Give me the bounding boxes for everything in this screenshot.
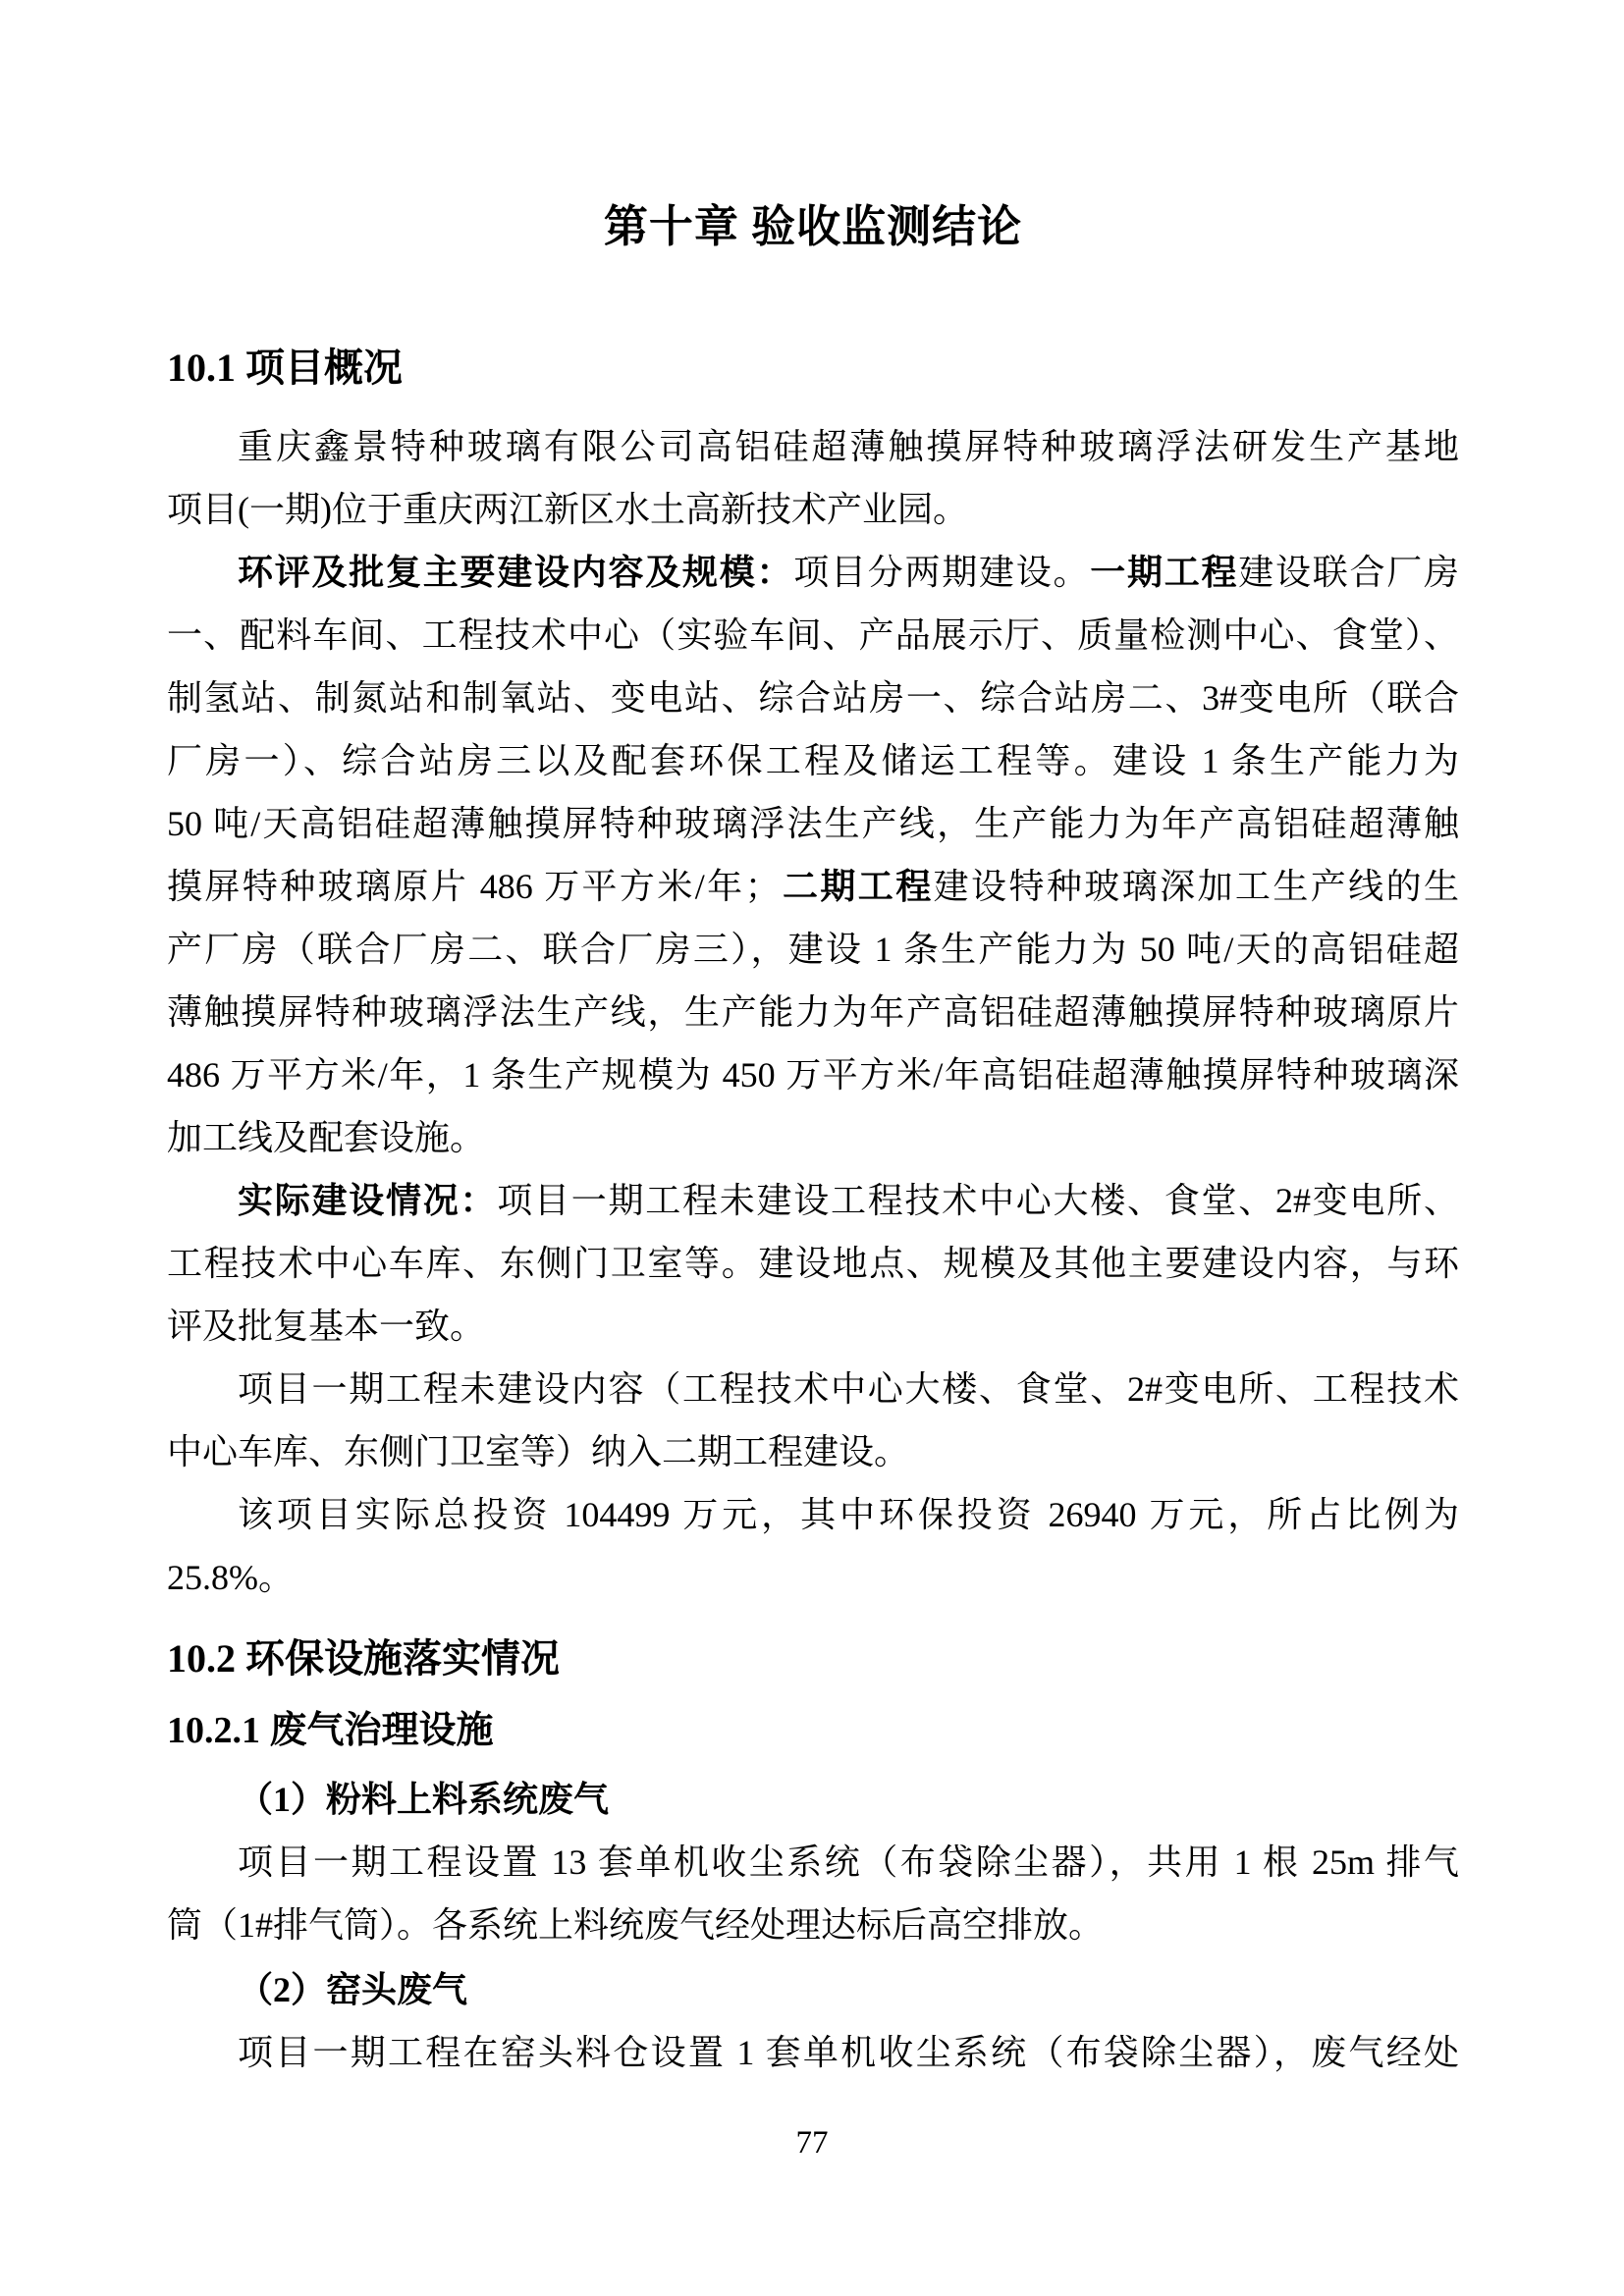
text-line: 该项目实际总投资 104499 万元，其中环保投资 26940 万元，所占比例为 <box>167 1483 1459 1546</box>
text-line: 摸屏特种玻璃原片 486 万平方米/年；二期工程建设特种玻璃深加工生产线的生 <box>167 855 1459 918</box>
bold-text: 一期工程 <box>1090 553 1238 592</box>
paragraph: 该项目实际总投资 104499 万元，其中环保投资 26940 万元，所占比例为… <box>167 1483 1459 1609</box>
chapter-title: 第十章 验收监测结论 <box>167 201 1459 252</box>
paragraph: 项目一期工程在窑头料仓设置 1 套单机收尘系统（布袋除尘器），废气经处 <box>167 2021 1459 2084</box>
text-line: 50 吨/天高铝硅超薄触摸屏特种玻璃浮法生产线，生产能力为年产高铝硅超薄触 <box>167 792 1459 855</box>
text-line: 重庆鑫景特种玻璃有限公司高铝硅超薄触摸屏特种玻璃浮法研发生产基地 <box>167 415 1459 478</box>
text-line: 产厂房（联合厂房二、联合厂房三），建设 1 条生产能力为 50 吨/天的高铝硅超 <box>167 918 1459 981</box>
section-heading: 10.2 环保设施落实情况 <box>167 1633 1459 1684</box>
paragraph: 重庆鑫景特种玻璃有限公司高铝硅超薄触摸屏特种玻璃浮法研发生产基地项目(一期)位于… <box>167 415 1459 541</box>
section-heading: 10.1 项目概况 <box>167 343 1459 394</box>
paragraph: 环评及批复主要建设内容及规模：项目分两期建设。一期工程建设联合厂房一、配料车间、… <box>167 541 1459 1169</box>
text-line: 实际建设情况：项目一期工程未建设工程技术中心大楼、食堂、2#变电所、 <box>167 1169 1459 1232</box>
document-body: 第十章 验收监测结论10.1 项目概况重庆鑫景特种玻璃有限公司高铝硅超薄触摸屏特… <box>167 201 1459 2084</box>
clause-heading: （1）粉料上料系统废气 <box>167 1768 1459 1831</box>
bold-text: 环评及批复主要建设内容及规模： <box>238 553 793 592</box>
text-line: 工程技术中心车库、东侧门卫室等。建设地点、规模及其他主要建设内容，与环 <box>167 1232 1459 1295</box>
text-line: 薄触摸屏特种玻璃浮法生产线，生产能力为年产高铝硅超薄触摸屏特种玻璃原片 <box>167 981 1459 1043</box>
text-line: 评及批复基本一致。 <box>167 1295 1459 1358</box>
text-line: 筒（1#排气筒）。各系统上料统废气经处理达标后高空排放。 <box>167 1894 1459 1956</box>
text-line: 厂房一）、综合站房三以及配套环保工程及储运工程等。建设 1 条生产能力为 <box>167 729 1459 792</box>
text-line: 项目一期工程设置 13 套单机收尘系统（布袋除尘器），共用 1 根 25m 排气 <box>167 1831 1459 1894</box>
text-line: 中心车库、东侧门卫室等）纳入二期工程建设。 <box>167 1420 1459 1483</box>
paragraph: 项目一期工程设置 13 套单机收尘系统（布袋除尘器），共用 1 根 25m 排气… <box>167 1831 1459 1956</box>
text-line: 项目(一期)位于重庆两江新区水土高新技术产业园。 <box>167 478 1459 541</box>
text-line: 一、配料车间、工程技术中心（实验车间、产品展示厅、质量检测中心、食堂）、 <box>167 604 1459 667</box>
text-line: 25.8%。 <box>167 1546 1459 1609</box>
paragraph: 项目一期工程未建设内容（工程技术中心大楼、食堂、2#变电所、工程技术中心车库、东… <box>167 1358 1459 1483</box>
text-line: 加工线及配套设施。 <box>167 1106 1459 1169</box>
page-number: 77 <box>0 2120 1624 2165</box>
text-line: 项目一期工程未建设内容（工程技术中心大楼、食堂、2#变电所、工程技术 <box>167 1358 1459 1420</box>
clause-heading: （2）窑头废气 <box>167 1958 1459 2021</box>
paragraph: 实际建设情况：项目一期工程未建设工程技术中心大楼、食堂、2#变电所、工程技术中心… <box>167 1169 1459 1358</box>
text-line: 制氢站、制氮站和制氧站、变电站、综合站房一、综合站房二、3#变电所（联合 <box>167 667 1459 729</box>
text-line: 项目一期工程在窑头料仓设置 1 套单机收尘系统（布袋除尘器），废气经处 <box>167 2021 1459 2084</box>
text-line: 环评及批复主要建设内容及规模：项目分两期建设。一期工程建设联合厂房 <box>167 541 1459 604</box>
bold-text: 二期工程 <box>781 867 934 906</box>
text-line: 486 万平方米/年，1 条生产规模为 450 万平方米/年高铝硅超薄触摸屏特种… <box>167 1043 1459 1106</box>
bold-text: 实际建设情况： <box>238 1181 497 1220</box>
document-page: 第十章 验收监测结论10.1 项目概况重庆鑫景特种玻璃有限公司高铝硅超薄触摸屏特… <box>0 0 1624 2296</box>
subsection-heading: 10.2.1 废气治理设施 <box>167 1706 1459 1755</box>
